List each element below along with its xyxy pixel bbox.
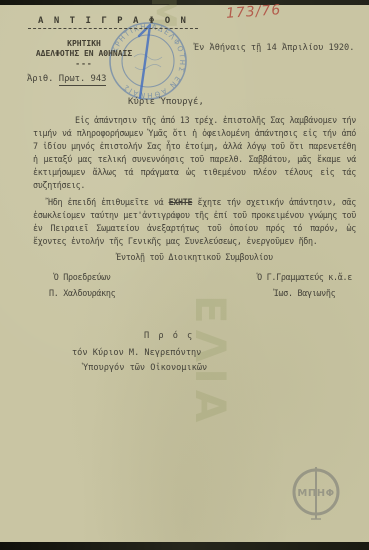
letter-body: Εἰς ἀπάντησιν τῆς ἀπό 13 τρέχ. ἐπιστολῆς… <box>33 114 356 300</box>
signature-left: Ὁ Προεδρεύων Π. Χαλδουράκης <box>49 271 115 300</box>
scan-edge-top <box>0 0 369 5</box>
scanned-letter-page: Μ ΕΛΙΑ ΚΡΗΤΙΚΗ ΑΔΕΛΦΟΤΗΣ ΕΝ ΑΘΗΝΑΙΣ 173/… <box>0 0 369 550</box>
archive-number-handwritten: 173/76 <box>226 2 282 22</box>
body-paragraph-1: Εἰς ἀπάντησιν τῆς ἀπό 13 τρέχ. ἐπιστολῆς… <box>33 114 356 191</box>
signature-right: Ὁ Γ.Γραμματεύς κ.ἄ.ε Ἰωσ. Βαγιωνῆς <box>257 271 352 300</box>
paragraph2-text-before: Ἤδη ἐπειδή ἐπιθυμεῖτε νά <box>48 197 169 207</box>
signature-left-name: Π. Χαλδουράκης <box>49 287 115 300</box>
place-date-line: Ἐν Ἀθήναις τῇ 14 Ἀπριλίου 1920. <box>194 43 354 53</box>
signature-left-title: Ὁ Προεδρεύων <box>49 271 115 284</box>
protocol-number-line: Ἀριθ. Πρωτ. 943 <box>27 74 106 84</box>
letterhead-line1: ΚΡΗΤΙΚΗ <box>20 39 148 49</box>
closing-formula: Ἐντολῇ τοῦ Διοικητικοῦ Συμβουλίου <box>33 251 356 264</box>
signature-right-name: Ἰωσ. Βαγιωνῆς <box>257 287 352 300</box>
recipient-to-label: Π ρ ό ς <box>144 331 207 342</box>
signature-right-title: Ὁ Γ.Γραμματεύς κ.ἄ.ε <box>257 271 352 284</box>
recipient-line1: τόν Κύριον Μ. Νεγρεπόντην <box>72 348 207 359</box>
letterhead: ΚΡΗΤΙΚΗ ΑΔΕΛΦΟΤΗΣ ΕΝ ΑΘΗΝΑΙΣ --- <box>20 39 148 69</box>
struck-out-word: ΕΧΗΤΕ <box>169 197 193 207</box>
letterhead-line2: ΑΔΕΛΦΟΤΗΣ ΕΝ ΑΘΗΝΑΙΣ <box>20 49 148 59</box>
svg-text:ΜΠΗΦ: ΜΠΗΦ <box>297 488 334 499</box>
protocol-prefix: Ἀριθ. <box>27 74 53 84</box>
recipient-line2: Ὑπουργόν τῶν Οἰκονομικῶν <box>83 363 207 374</box>
body-paragraph-2: Ἤδη ἐπειδή ἐπιθυμεῖτε νά ΕΧΗΤΕ ἔχητε τήν… <box>33 196 356 248</box>
scan-edge-bottom <box>0 542 369 550</box>
copy-heading: Α Ν Τ Ι Γ Ρ Α Φ Ο Ν <box>28 16 198 29</box>
recipient-block: Π ρ ό ς τόν Κύριον Μ. Νεγρεπόντην Ὑπουργ… <box>72 331 207 374</box>
letterhead-divider: --- <box>20 59 148 69</box>
archive-monogram-logo-icon: ΜΠΗΦ <box>287 461 345 525</box>
protocol-number: Πρωτ. 943 <box>59 74 107 86</box>
signature-block: Ὁ Προεδρεύων Π. Χαλδουράκης Ὁ Γ.Γραμματε… <box>33 271 356 300</box>
salutation: Κύριε Ὑπουργέ, <box>128 97 204 107</box>
